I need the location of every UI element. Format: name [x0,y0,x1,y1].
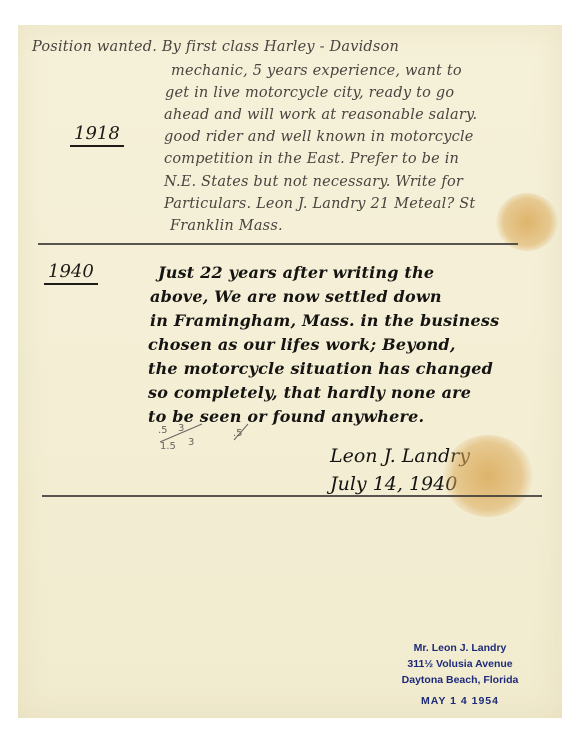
line-1918-2: get in live motorcycle city, ready to go [165,85,454,101]
pencil-strokes [156,420,256,450]
line-1918-4: good rider and well known in motorcycle [164,129,474,145]
year-1940: 1940 [44,261,98,285]
divider-2 [42,495,542,497]
line-1940-5: so completely, that hardly none are [148,383,471,402]
line-1918-3: ahead and will work at reasonable salary… [164,107,477,123]
stamp-line-name: Mr. Leon J. Landry [380,640,540,656]
coffee-stain-signature [443,435,533,517]
line-1918-5: competition in the East. Prefer to be in [164,151,459,167]
letter-page: Position wanted. By first class Harley -… [18,25,562,718]
line-1940-2: in Framingham, Mass. in the business [150,311,499,330]
year-1918: 1918 [70,123,124,147]
stamp-line-city: Daytona Beach, Florida [380,672,540,688]
line-1918-7: Particulars. Leon J. Landry 21 Meteal? S… [164,196,475,212]
line-1918-0: Position wanted. By first class Harley -… [32,39,399,55]
address-stamp: Mr. Leon J. Landry 311½ Volusia Avenue D… [380,640,540,709]
signature-date: July 14, 1940 [330,473,457,495]
divider-1 [38,243,518,245]
line-1940-1: above, We are now settled down [150,287,442,306]
line-1940-3: chosen as our lifes work; Beyond, [148,335,456,354]
line-1918-6: N.E. States but not necessary. Write for [164,174,463,190]
line-1918-1: mechanic, 5 years experience, want to [171,63,462,79]
line-1940-4: the motorcycle situation has changed [148,359,493,378]
stamp-date: MAY 1 4 1954 [380,693,540,709]
line-1918-8: Franklin Mass. [170,218,283,234]
stamp-line-street: 311½ Volusia Avenue [380,656,540,672]
line-1940-0: Just 22 years after writing the [158,263,434,282]
